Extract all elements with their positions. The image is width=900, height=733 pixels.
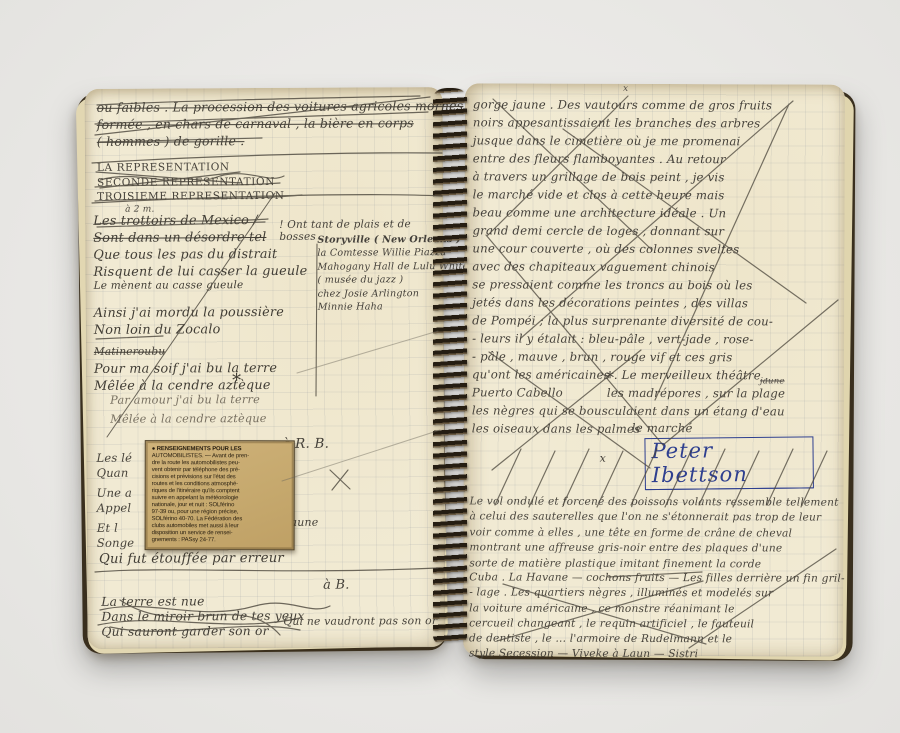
handwritten-title-line: TROISIEME REPRESENTATION bbox=[97, 189, 347, 205]
handwritten-line: style Secession — Viveke à Laun — Sistri bbox=[469, 647, 839, 664]
travel-journal-paragraph: gorge jaune . Des vautours comme de gros… bbox=[472, 95, 839, 384]
handwritten-line: - leurs il y étalait : bleu-pâle , vert-… bbox=[472, 329, 838, 348]
handwritten-line: de Pompéi ; la plus surprenante diversit… bbox=[472, 311, 838, 330]
handwritten-line: chez Josie Arlington bbox=[318, 287, 444, 301]
handwritten-line: Mahogany Hall de Lulu White bbox=[317, 260, 443, 274]
clipping-text-line: gnements : PASsy 24-77. bbox=[152, 537, 288, 544]
handwritten-line: Qui ne vaudront pas son or bbox=[283, 614, 437, 628]
handwritten-line: les madrépores , sur la plage bbox=[607, 384, 785, 403]
handwritten-line: Par amour j'ai bu la terre bbox=[110, 390, 330, 410]
peter-ibbetson-name: Peter Ibettson bbox=[645, 437, 813, 490]
handwritten-line: les nègres qui se bousculaient dans un é… bbox=[472, 401, 838, 420]
handwritten-line: à travers un grillage de bois peint , je… bbox=[473, 167, 839, 186]
handwritten-line: grand demi cercle de loges , donnant sur bbox=[472, 221, 838, 240]
handwritten-line: Ainsi j'ai mordu la poussière bbox=[94, 304, 319, 322]
handwritten-title-line: SECONDE REPRESENTATION bbox=[97, 174, 347, 190]
handwritten-line: gorge jaune . Des vautours comme de gros… bbox=[473, 95, 839, 114]
handwritten-line: Matineroubu bbox=[94, 343, 319, 361]
handwritten-line: Storyville ( New Orleans ) bbox=[317, 233, 443, 247]
dedication-b: à B. bbox=[323, 578, 349, 593]
handwritten-line: noirs appesantissaient les branches des … bbox=[473, 113, 839, 132]
handwritten-line: avec des chapiteaux vaguement chinois bbox=[472, 257, 838, 276]
handwritten-line: Que tous les pas du distrait bbox=[93, 246, 318, 264]
handwritten-line: Pour ma soif j'ai bu la terre bbox=[94, 360, 319, 378]
handwritten-line: Non loin du Zocalo bbox=[94, 321, 319, 339]
handwritten-line: Cuba . La Havane — cochons fruits — Les … bbox=[469, 570, 839, 587]
handwritten-line: jusque dans le cimetière où je me promen… bbox=[473, 131, 839, 150]
storyville-notes-column: Storyville ( New Orleans )la Comtesse Wi… bbox=[317, 233, 443, 314]
peter-ibbetson-box: Peter Ibettson bbox=[644, 436, 814, 490]
handwritten-line: beau comme une architecture idéale . Un bbox=[473, 203, 839, 222]
handwritten-line: ( musée du jazz ) bbox=[318, 273, 444, 287]
news-clipping: ● RENSEIGNEMENTS POUR LESAUTOMOBILISTES.… bbox=[145, 440, 295, 550]
handwritten-line: de dentiste , le ... l'armoire de Rudelm… bbox=[469, 632, 839, 649]
crossed-out-paragraph: ou faibles . La procession des voitures … bbox=[97, 97, 439, 150]
cuba-paragraph: Cuba . La Havane — cochons fruits — Les … bbox=[469, 570, 839, 663]
handwritten-line: entre des fleurs flamboyantes . Au retou… bbox=[473, 149, 839, 168]
handwritten-line: La terre est nue bbox=[101, 594, 351, 610]
handwritten-line: Minnie Haha bbox=[318, 300, 444, 314]
right-page: x gorge jaune . Des vautours comme de gr… bbox=[463, 83, 845, 656]
handwritten-line: Qui fut étouffée par erreur bbox=[99, 551, 284, 567]
left-page: ou faibles . La procession des voitures … bbox=[85, 87, 446, 649]
insertion-mark: x bbox=[623, 84, 628, 94]
handwritten-title-line: LA REPRESENTATION bbox=[97, 160, 347, 176]
handwritten-line: le marché vide et clos à cette heure mai… bbox=[473, 185, 839, 204]
handwritten-line: ou faibles . La procession des voitures … bbox=[97, 97, 439, 116]
handwritten-line: cercueil changeant , le requin artificie… bbox=[469, 616, 839, 633]
handwritten-line: la Comtesse Willie Piazza bbox=[317, 246, 443, 260]
handwritten-line: montrant une affreuse gris-noir entre de… bbox=[469, 541, 839, 558]
handwritten-fragment: le marché bbox=[632, 421, 693, 435]
handwritten-line: se pressaient comme les troncs au bois o… bbox=[472, 275, 838, 294]
handwritten-line: jetés dans les décorations peintes , des… bbox=[472, 293, 838, 312]
x-mark: x bbox=[600, 452, 606, 465]
handwritten-line: la voiture américaine , ce monstre réani… bbox=[469, 601, 839, 618]
handwritten-line: ( hommes ) de gorille . bbox=[97, 131, 439, 150]
handwritten-line: une cour couverte , où des colonnes svel… bbox=[472, 239, 838, 258]
handwritten-line: voir comme à elles , une tête en forme d… bbox=[469, 525, 839, 542]
handwritten-line: - lage . Les quartiers nègres , illuminé… bbox=[469, 586, 839, 603]
spiral-binding bbox=[433, 88, 467, 646]
handwritten-line: à celui des sauterelles que l'on ne s'ét… bbox=[469, 510, 839, 527]
handwritten-line: Le vol ondulé et forcené des poissons vo… bbox=[470, 494, 840, 511]
representation-titles: LA REPRESENTATIONSECONDE REPRESENTATIONT… bbox=[97, 160, 347, 205]
notebook-photo: ou faibles . La procession des voitures … bbox=[0, 0, 900, 733]
place-name: Puerto Cabello bbox=[472, 383, 563, 401]
flying-fish-paragraph: Le vol ondulé et forcené des poissons vo… bbox=[469, 494, 839, 572]
asterisk-mark: * bbox=[232, 370, 241, 391]
pencil-couplet: Par amour j'ai bu la terreMêlée à la cen… bbox=[110, 390, 330, 429]
handwritten-line: Mêlée à la cendre aztèque bbox=[110, 409, 330, 429]
handwritten-line: formée , en chars de carnaval , la bière… bbox=[97, 114, 439, 133]
handwritten-line: - pâle , mauve , brun , rouge vif et ces… bbox=[472, 347, 838, 366]
